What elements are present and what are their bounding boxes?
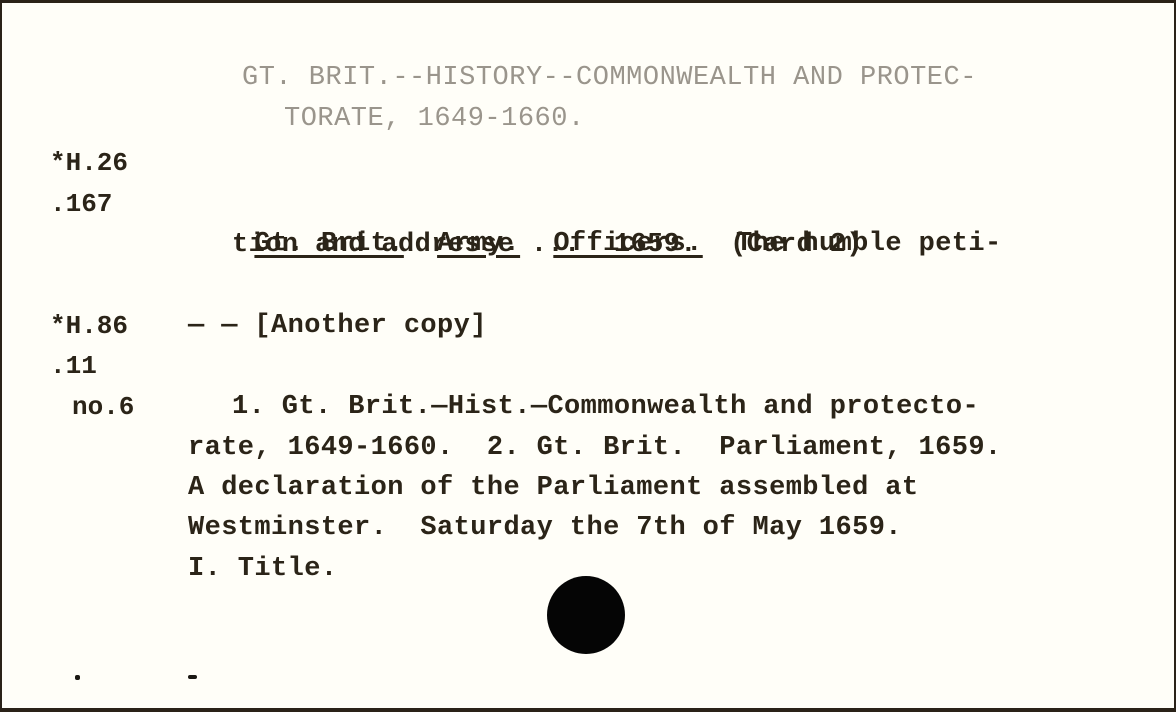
tracing-line-5: I. Title. <box>188 549 337 589</box>
main-entry-line2: tion and addresse ... 1659. (Card 2) <box>232 225 863 265</box>
tracing-line-4: Westminster. Saturday the 7th of May 165… <box>188 508 902 548</box>
subject-heading-line1: GT. BRIT.--HISTORY--COMMONWEALTH AND PRO… <box>242 58 977 98</box>
call-number-2b: .11 <box>50 346 97 386</box>
call-number-1a: *H.26 <box>50 143 128 183</box>
call-number-2c: no.6 <box>72 387 134 427</box>
subject-heading-line2: TORATE, 1649-1660. <box>284 99 585 139</box>
call-number-1b: .167 <box>50 184 112 224</box>
call-number-2a: *H.86 <box>50 306 128 346</box>
another-copy-note: — — [Another copy] <box>188 306 487 346</box>
ink-speck <box>188 675 197 679</box>
tracing-line-3: A declaration of the Parliament assemble… <box>188 468 919 508</box>
catalog-card: GT. BRIT.--HISTORY--COMMONWEALTH AND PRO… <box>2 3 1174 708</box>
tracing-line-2: rate, 1649-1660. 2. Gt. Brit. Parliament… <box>188 428 1002 468</box>
punch-hole <box>547 576 625 654</box>
ink-speck <box>75 675 80 680</box>
tracing-line-1: 1. Gt. Brit.—Hist.—Commonwealth and prot… <box>232 387 979 427</box>
